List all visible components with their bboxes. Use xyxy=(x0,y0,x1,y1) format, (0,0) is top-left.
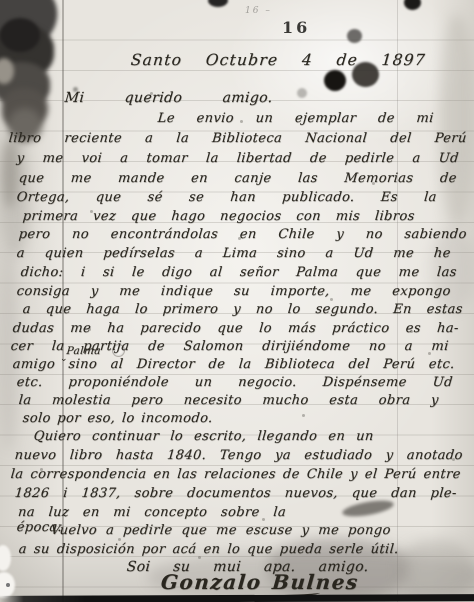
speck xyxy=(88,328,91,331)
speck xyxy=(452,458,455,461)
speck xyxy=(58,398,61,401)
stain xyxy=(398,540,474,602)
letter-line: la molestia pero necesito mucho esta obr… xyxy=(18,394,439,409)
stain xyxy=(440,15,474,225)
letter-line: a su disposición por acá en lo que pueda… xyxy=(18,543,399,558)
speck xyxy=(428,352,431,355)
signature: Gonzalo Bulnes xyxy=(160,571,360,594)
letter-line: Le envio un ejemplar de mi xyxy=(157,112,434,127)
ink-blot xyxy=(297,88,307,98)
letter-line: nuevo libro hasta 1840. Tengo ya estudia… xyxy=(14,449,463,464)
letter-line: Quiero continuar lo escrito, llegando en… xyxy=(33,430,374,445)
letter-line: y me voi a tomar la libertad de pedirle … xyxy=(16,152,459,167)
speck xyxy=(40,468,43,471)
letter-line: solo por eso, lo incomodo. xyxy=(22,412,213,427)
torn-edge xyxy=(0,18,40,52)
speck xyxy=(302,414,305,417)
letter-line: consiga y me indique su importe, me expo… xyxy=(16,285,451,300)
scanned-letter-page: 16 – 16 Santo Octubre 4 de 1897 Mi queri… xyxy=(0,0,474,602)
letter-line: Vuelvo a pedirle que me escuse y me pong… xyxy=(50,524,391,539)
palma-insertion: Palma xyxy=(66,345,101,357)
speck xyxy=(150,92,153,95)
fold-line xyxy=(397,0,398,602)
speck xyxy=(372,182,375,185)
letter-line: a quien pedírselas a Lima sino a Ud me h… xyxy=(16,247,451,262)
letter-line: la correspondencia en las relaciones de … xyxy=(10,468,461,483)
speck xyxy=(240,120,243,123)
letter-line: primera vez que hago negocios con mis li… xyxy=(22,210,415,225)
ink-blot xyxy=(324,70,346,91)
letter-line: 1826 i 1837, sobre documentos nuevos, qu… xyxy=(14,487,457,502)
speck xyxy=(118,538,121,541)
scan-edge xyxy=(0,594,474,602)
letter-line: libro reciente a la Biblioteca Nacional … xyxy=(8,132,467,147)
ink-blot xyxy=(347,29,362,43)
speck xyxy=(410,330,413,333)
pencil-mark: 16 – xyxy=(245,6,272,16)
page-number: 16 xyxy=(282,18,310,37)
speck xyxy=(90,210,93,213)
letter-line: etc. proponiéndole un negocio. Dispénsem… xyxy=(16,376,453,391)
speck xyxy=(6,583,10,587)
letter-line: dicho: i si le digo al señor Palma que m… xyxy=(20,266,457,281)
ink-blot xyxy=(352,62,379,87)
letter-line: pero no encontrándolas en Chile y no sab… xyxy=(18,228,467,243)
letter-line: amigo sino al Director de la Biblioteca … xyxy=(12,358,455,373)
speck xyxy=(262,518,265,521)
speck xyxy=(330,298,333,301)
speck xyxy=(198,556,201,559)
date-line: Santo Octubre 4 de 1897 xyxy=(130,52,427,70)
salutation-line: Mi querido amigo. xyxy=(64,90,273,106)
letter-line: dudas me ha parecido que lo más práctico… xyxy=(12,322,459,337)
letter-line: que me mande en canje las Memorias de xyxy=(18,172,457,187)
letter-line: Ortega, que sé se han publicado. Es la xyxy=(16,191,437,206)
speck xyxy=(238,237,241,240)
letter-line: a que haga lo primero y no lo segundo. E… xyxy=(22,303,463,318)
torn-edge xyxy=(2,138,18,208)
ink-speck xyxy=(73,87,78,92)
